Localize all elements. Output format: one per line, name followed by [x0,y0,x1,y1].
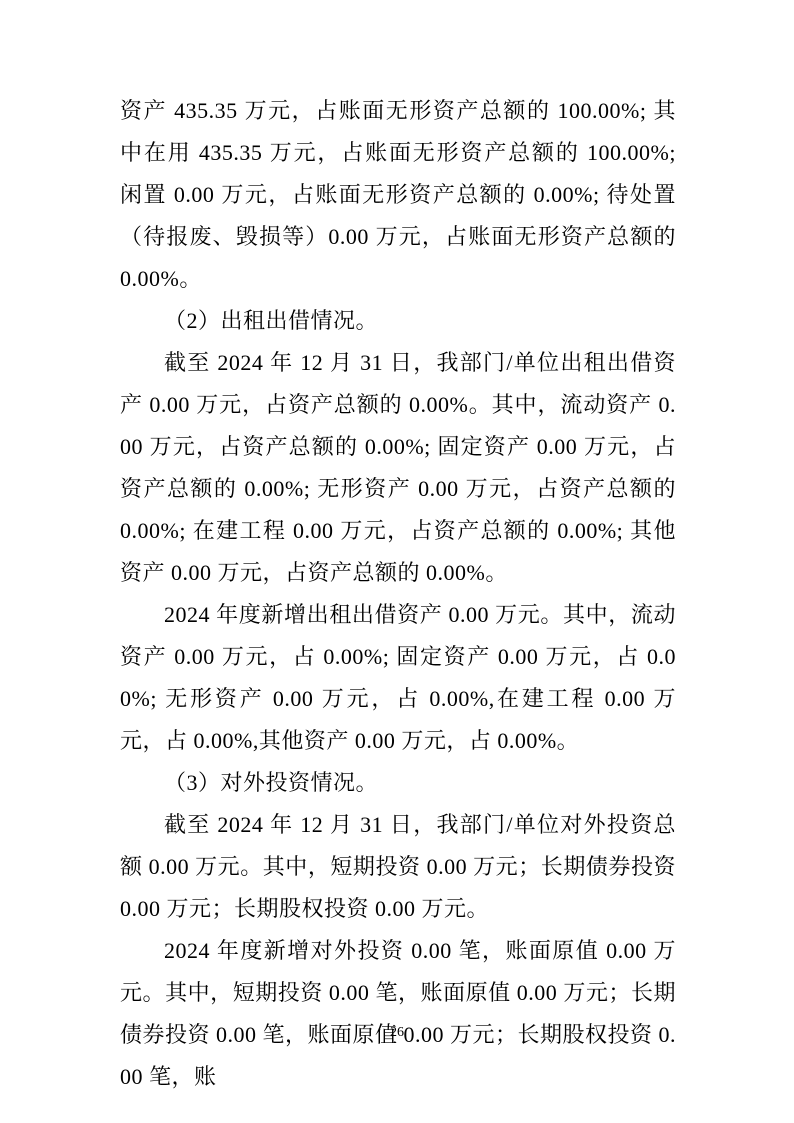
page-number: 26 [390,1025,404,1040]
heading-rent-lease-situation: （2）出租出借情况。 [120,300,676,342]
paragraph-rent-lease-new: 2024 年度新增出租出借资产 0.00 万元。其中，流动资产 0.00 万元，… [120,594,676,762]
paragraph-external-investment-balance: 截至 2024 年 12 月 31 日，我部门/单位对外投资总额 0.00 万元… [120,804,676,930]
paragraph-external-investment-new: 2024 年度新增对外投资 0.00 笔，账面原值 0.00 万元。其中，短期投… [120,930,676,1098]
paragraph-intangible-assets-continued: 资产 435.35 万元，占账面无形资产总额的 100.00%; 其中在用 43… [120,90,676,300]
heading-external-investment-situation: （3）对外投资情况。 [120,762,676,804]
page-footer: 26 [0,1024,794,1042]
paragraph-rent-lease-balance: 截至 2024 年 12 月 31 日，我部门/单位出租出借资产 0.00 万元… [120,342,676,594]
document-page: 资产 435.35 万元，占账面无形资产总额的 100.00%; 其中在用 43… [0,0,794,1123]
document-body: 资产 435.35 万元，占账面无形资产总额的 100.00%; 其中在用 43… [120,90,676,1098]
